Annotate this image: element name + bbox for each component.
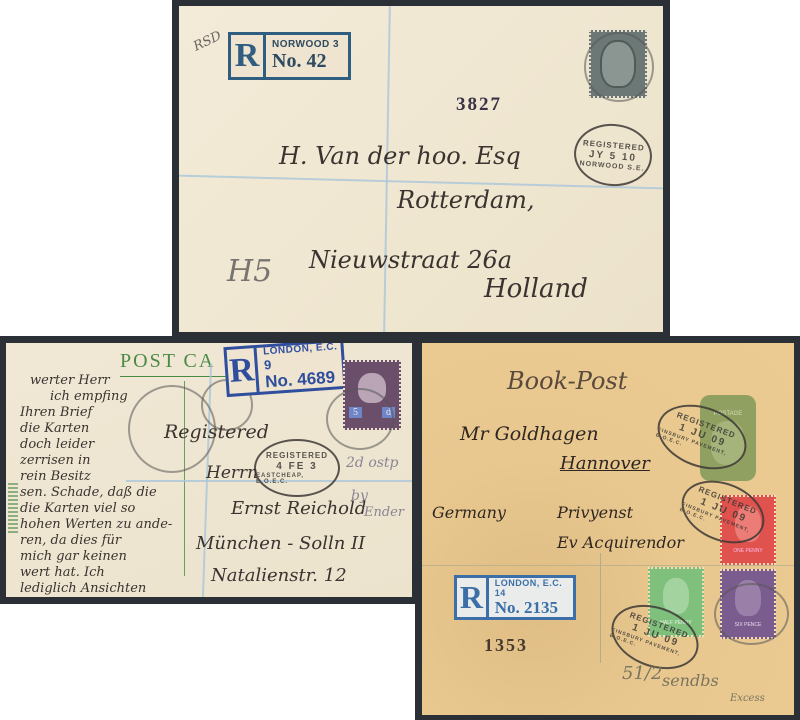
- address-line-5: Ev Acquirendor: [557, 533, 684, 552]
- registered-annotation: Registered: [164, 421, 269, 443]
- registration-office: NORWOOD 3: [272, 39, 339, 50]
- pencil-note-top: RSD: [191, 29, 224, 55]
- printer-imprint: [8, 483, 18, 533]
- registration-r: R: [227, 348, 260, 394]
- pencil-note-1: 51/2: [622, 663, 662, 684]
- address-line-3: Nieuwstraat 26a: [309, 246, 512, 274]
- pencil-note-2: sendbs: [662, 671, 719, 690]
- heading-rule: [120, 376, 230, 377]
- counter-number: 1353: [484, 635, 528, 656]
- registration-label-norwood: R NORWOOD 3 No. 42: [228, 32, 351, 80]
- book-post-heading: Book-Post: [507, 367, 627, 395]
- registration-line-vertical: [600, 553, 601, 663]
- registration-office: LONDON, E.C. 14: [495, 578, 573, 598]
- registration-label-london-14: R LONDON, E.C. 14 No. 2135: [454, 575, 576, 620]
- registered-postmark: REGISTERED JY 5 10 NORWOOD S.E.: [571, 121, 654, 190]
- book-post-wrapper: Book-Post POSTAGE ONE PENNY HALF PENNY S…: [422, 343, 794, 715]
- address-line-1: Mr Goldhagen: [460, 423, 599, 445]
- address-line-4: Privyenst: [557, 503, 633, 522]
- registration-number: No. 4689: [265, 367, 344, 392]
- postcard-heading: POST CA: [120, 350, 215, 373]
- cancel-circle: [584, 32, 654, 102]
- pencil-note-3: Ender: [364, 505, 404, 520]
- registration-number: No. 42: [272, 50, 339, 73]
- registration-r: R: [231, 35, 266, 77]
- address-line-4: Natalienstr. 12: [211, 565, 347, 586]
- address-line-2: Ernst Reichold: [231, 498, 366, 519]
- pencil-note-left: H5: [227, 254, 272, 289]
- registration-r: R: [457, 578, 489, 617]
- registration-label-london-9: R LONDON, E.C. 9 No. 4689: [223, 343, 346, 397]
- registration-number: No. 2135: [495, 598, 573, 618]
- address-line-2: Rotterdam,: [397, 186, 535, 214]
- address-line-1: Herrn: [206, 463, 258, 483]
- postcard: POST CA R LONDON, E.C. 9 No. 4689 5 d RE…: [6, 343, 412, 597]
- pencil-note-1: 2d ostp: [346, 455, 399, 471]
- cancel-circle: [714, 583, 789, 645]
- stamp-label: ONE PENNY: [733, 548, 762, 554]
- counter-number: 3827: [456, 94, 502, 116]
- address-line-3: München - Solln II: [196, 533, 365, 554]
- address-line-1: H. Van der hoo. Esq: [279, 142, 521, 170]
- registered-postmark: REGISTERED 4 FE 3 EASTCHEAP, B.O.E.C.: [254, 439, 340, 497]
- address-line-3: Germany: [432, 503, 506, 522]
- registration-line-horizontal: [422, 565, 794, 566]
- eastcheap-cancel: [326, 388, 394, 450]
- pencil-note-3: Excess: [730, 693, 765, 704]
- envelope-norwood: RSD R NORWOOD 3 No. 42 3827 REGISTERED J…: [179, 6, 663, 332]
- address-line-2: Hannover: [560, 453, 650, 474]
- address-line-4: Holland: [484, 274, 588, 304]
